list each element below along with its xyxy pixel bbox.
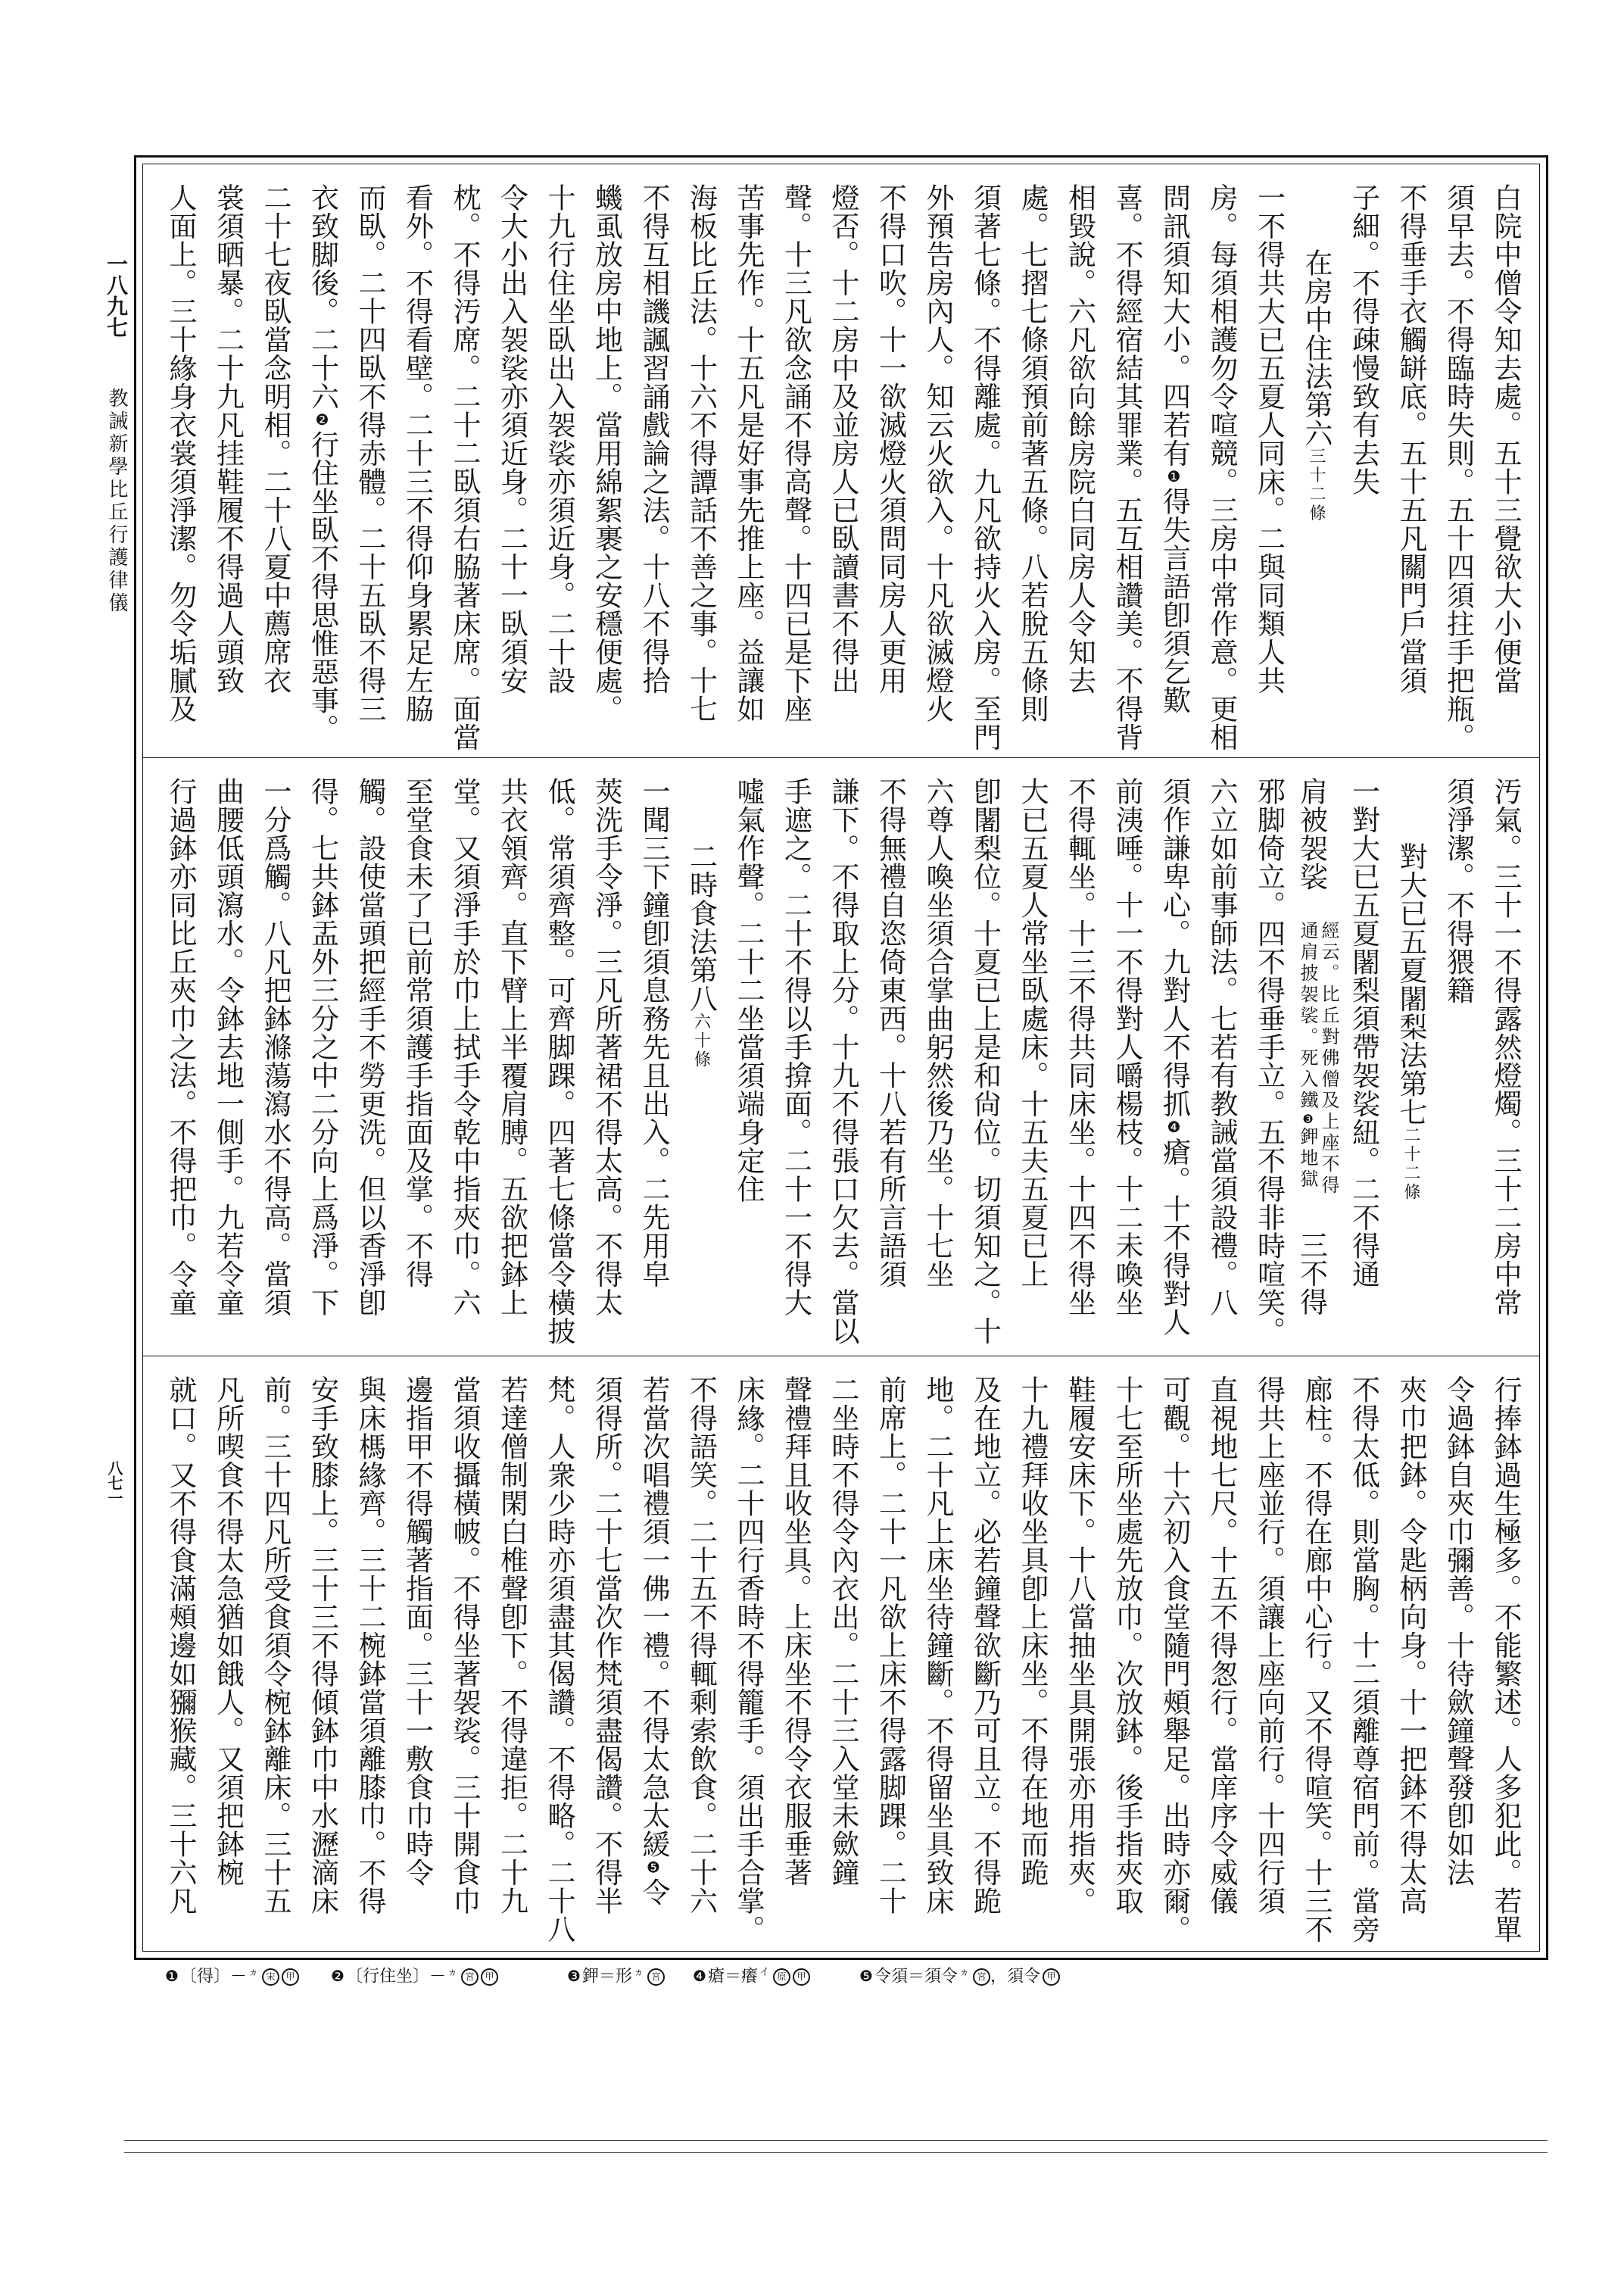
heading-title: 二時食法第八 xyxy=(685,842,718,1013)
text-column: 六尊人喚坐須合掌曲躬然後乃坐。十七坐 xyxy=(914,777,962,1345)
interlinear-note: 經云。比丘對佛僧及上座不得通肩披袈裟。死入鐵❸鉀地獄 xyxy=(1297,921,1339,1197)
register-divider xyxy=(142,757,1540,758)
text-column: 至堂食未了已前常須護手指面及掌。不得 xyxy=(393,777,441,1345)
text-column: 子細。不得疎慢致有去失 xyxy=(1339,183,1387,751)
text-column: 須得所。二十七當次作梵須盡偈讚。不得半 xyxy=(582,1375,630,1943)
footnote-item: ❺令須＝須令ヵ宮，須令甲 xyxy=(859,1961,1060,1988)
text-column: 外預告房內人。知云火欲入。十凡欲滅燈火 xyxy=(914,183,962,751)
running-title: 教誡新學比丘行護律儀 xyxy=(104,388,129,615)
scanned-page: 一八九七 教誡新學比丘行護律儀 八七一 白院中僧令知去處。五十三覺欲大小便當 須… xyxy=(0,0,1624,2272)
section-heading: 在房中住法第六三十二條 xyxy=(1292,183,1340,751)
leaf-number: 八七一 xyxy=(104,1460,125,1506)
heading-item-count: 三十二條 xyxy=(1307,448,1326,523)
text-column: 海板比丘法。十六不得譚話不善之事。十七 xyxy=(677,183,725,751)
text-column: 枕。不得汚席。二十二臥須右脇著床席。面當 xyxy=(441,183,488,751)
text-column: 前席上。二十一凡欲上床不得露脚踝。二十 xyxy=(866,1375,914,1943)
text-column: 燈否。十二房中及並房人已臥讀書不得出 xyxy=(819,183,867,751)
edition-siglum: 宋 xyxy=(262,1968,279,1986)
note-line-right: 經云。比丘對佛僧及上座不得 xyxy=(1318,921,1339,1197)
text-column: 夾巾把鉢。令匙柄向身。十一把鉢不得太高 xyxy=(1387,1375,1435,1943)
column-text: 問訊須知大小。四若有 xyxy=(1158,183,1191,467)
text-column: 莢洗手令淨。三凡所著裙不得太高。不得太 xyxy=(582,777,630,1345)
column-text: 得失言語卽須乞歎 xyxy=(1158,487,1191,714)
text-column: 不得語笑。二十五不得輒剩索飲食。二十六 xyxy=(677,1375,725,1943)
text-column: 手遮之。二十不得以手揜面。二十一不得大 xyxy=(771,777,819,1345)
text-column: 若當次唱禮須一佛一禮。不得太急太緩❺令 xyxy=(630,1375,678,1943)
section-heading: 對大已五夏闍梨法第七二十二條 xyxy=(1387,777,1435,1345)
footnote-item: ❷〔行住坐〕－ヵ宮甲 xyxy=(331,1961,498,1988)
text-column: 須早去。不得臨時失則。五十四須拄手把瓶。 xyxy=(1434,183,1482,751)
text-column: 行過鉢亦同比丘夾巾之法。不得把巾。令童 xyxy=(157,777,204,1345)
edition-siglum: 宮 xyxy=(461,1968,478,1986)
text-column: 白院中僧令知去處。五十三覺欲大小便當 xyxy=(1482,183,1529,751)
footnote-number: ❺ xyxy=(859,1967,873,1985)
register-middle: 汚氣。三十一不得露然燈燭。三十二房中常 須淨潔。不得猥籍 對大已五夏闍梨法第七二… xyxy=(156,777,1529,1345)
column-text: 三不得 xyxy=(1295,1231,1328,1316)
text-column: 就口。又不得食滿頰邊如獼猴藏。三十六凡 xyxy=(157,1375,204,1943)
text-column: 十七至所坐處先放巾。次放鉢。後手指夾取 xyxy=(1103,1375,1151,1943)
text-column: 邪脚倚立。四不得垂手立。五不得非時喧笑。 xyxy=(1245,777,1292,1345)
footnote-marker: ❺ xyxy=(644,1858,662,1878)
edition-siglum: 宮 xyxy=(647,1968,665,1986)
register-lower: 行捧鉢過生極多。不能繁述。人多犯此。若單 令過鉢自夾巾彌善。十待歛鐘聲發卽如法 … xyxy=(156,1375,1529,1943)
footnote-kana: ヵ xyxy=(634,1967,644,1978)
edition-siglum: 甲 xyxy=(1043,1968,1060,1986)
text-column: 與床榪緣齊。三十二椀鉢當須離膝巾。不得 xyxy=(346,1375,394,1943)
column-text: 衣致脚後。二十六 xyxy=(307,183,339,410)
register-upper: 白院中僧令知去處。五十三覺欲大小便當 須早去。不得臨時失則。五十四須拄手把瓶。 … xyxy=(156,183,1529,751)
column-text: 行住坐臥不得思惟惡事。 xyxy=(307,430,339,743)
text-column: 聲禮拜且收坐具。上床坐不得令衣服垂著 xyxy=(771,1375,819,1943)
text-column: 前。三十四凡所受食須令椀鉢離床。三十五 xyxy=(251,1375,299,1943)
footnote-kana: ヵ xyxy=(447,1967,457,1978)
text-column: 得。七共鉢盂外三分之中二分向上爲淨。下 xyxy=(298,777,346,1345)
heading-item-count: 二十二條 xyxy=(1401,1126,1420,1202)
text-column: 須淨潔。不得猥籍 xyxy=(1434,777,1482,1345)
footnote-marker: ❷ xyxy=(313,410,332,430)
text-column: 不得太低。則當胸。十二須離尊宿門前。當旁 xyxy=(1339,1375,1387,1943)
text-column: 十九禮拜收坐具卽上床坐。不得在地而跪 xyxy=(1008,1375,1056,1943)
text-column: 前洟唾。十一不得對人嚼楊枝。十二未喚坐 xyxy=(1103,777,1151,1345)
footnote-text: 〔行住坐〕－ xyxy=(346,1967,446,1986)
text-column: 大已五夏人常坐臥處床。十五夫五夏已上 xyxy=(1008,777,1056,1345)
text-column: 看外。不得看壁。二十三不得仰身累足左脇 xyxy=(393,183,441,751)
footnote-marker: ❹ xyxy=(1165,1118,1183,1138)
footnote-marker: ❸ xyxy=(1301,1112,1315,1127)
column-text: 瘡。十不得對人 xyxy=(1158,1138,1191,1337)
text-column: 裳須晒暴。二十九凡挂鞋履不得過人頭致 xyxy=(204,183,251,751)
text-column: 苦事先作。十五凡是好事先推上座。益讓如 xyxy=(725,183,772,751)
footnote-text: 鉀＝形 xyxy=(582,1967,632,1986)
footnote-marker: ❶ xyxy=(1165,467,1183,487)
text-column: 須作謙卑心。九對人不得抓❹瘡。十不得對人 xyxy=(1150,777,1198,1345)
edition-siglum: 甲 xyxy=(793,1968,810,1986)
text-column: 行捧鉢過生極多。不能繁述。人多犯此。若單 xyxy=(1482,1375,1529,1943)
text-column: 共衣領齊。直下臂上半覆肩膊。五欲把鉢上 xyxy=(488,777,535,1345)
text-column: 二十七夜臥當念明相。二十八夏中薦席衣 xyxy=(251,183,299,751)
text-column: 令過鉢自夾巾彌善。十待歛鐘聲發卽如法 xyxy=(1434,1375,1482,1943)
edition-siglum: 甲 xyxy=(282,1968,299,1986)
text-column: 直視地七尺。十五不得怱行。當庠序令威儀 xyxy=(1198,1375,1245,1943)
text-column: 及在地立。必若鐘聲欲斷乃可且立。不得跪 xyxy=(961,1375,1008,1943)
edition-siglum: 宮 xyxy=(973,1968,990,1986)
text-column: 聲。十三凡欲念誦不得高聲。十四已是下座 xyxy=(771,183,819,751)
footnote-kana: イ xyxy=(759,1967,769,1978)
column-text: 若當次唱禮須一佛一禮。不得太急太緩 xyxy=(637,1375,670,1858)
text-column: 凡所喫食不得太急猶如餓人。又須把鉢椀 xyxy=(204,1375,251,1943)
note-line-left: 通肩披袈裟。死入鐵❸鉀地獄 xyxy=(1297,921,1318,1197)
bottom-rule xyxy=(124,2152,1548,2153)
page-number: 一八九七 xyxy=(103,253,129,338)
text-column: 廊柱。不得在廊中心行。又不得喧笑。十三不 xyxy=(1292,1375,1340,1943)
heading-item-count: 六十條 xyxy=(692,1013,711,1069)
text-column: 喜。不得經宿結其罪業。五互相讚美。不得背 xyxy=(1103,183,1151,751)
footnote-text: 令須＝須令 xyxy=(874,1967,958,1986)
text-column: 令大小出入袈裟亦須近身。二十一臥須安 xyxy=(488,183,535,751)
column-text: 須作謙卑心。九對人不得抓 xyxy=(1158,777,1191,1118)
text-column: 不得互相譏諷習誦戲論之法。十八不得拾 xyxy=(630,183,678,751)
footnote-number: ❹ xyxy=(693,1967,706,1985)
text-column: 相毀說。六凡欲向餘房院白同房人令知去 xyxy=(1055,183,1103,751)
text-column: 卽闍梨位。十夏已上是和尙位。切須知之。十 xyxy=(961,777,1008,1345)
text-column: 衣致脚後。二十六❷行住坐臥不得思惟惡事。 xyxy=(298,183,346,751)
note-text: 鉀地獄 xyxy=(1297,1127,1318,1191)
text-column: 一聞三下鐘卽須息務先且出入。二先用皁 xyxy=(630,777,678,1345)
text-column: 曲腰低頭瀉水。令鉢去地一側手。九若令童 xyxy=(204,777,251,1345)
text-column: 不得口吹。十一欲滅燈火須問同房人更用 xyxy=(866,183,914,751)
text-column: 若達僧制閑白椎聲卽下。不得違拒。二十九 xyxy=(488,1375,535,1943)
heading-title: 對大已五夏闍梨法第七 xyxy=(1395,842,1427,1126)
footnote-item: ❹瘡＝癢イ原甲 xyxy=(693,1961,810,1988)
register-divider xyxy=(142,1356,1540,1356)
footnote-text: 瘡＝癢 xyxy=(708,1967,758,1986)
text-column: 六立如前事師法。七若有教誡當須設禮。八 xyxy=(1198,777,1245,1345)
text-column: 得共上座並行。須讓上座向前行。十四行須 xyxy=(1245,1375,1292,1943)
text-column: 謙下。不得取上分。十九不得張口欠去。當以 xyxy=(819,777,867,1345)
bottom-rule xyxy=(124,2140,1548,2141)
footnote-text: ，須令 xyxy=(990,1967,1040,1986)
text-column: 處。七摺七條須預前著五條。八若脫五條則 xyxy=(1008,183,1056,751)
text-column: 肩被袈裟經云。比丘對佛僧及上座不得通肩披袈裟。死入鐵❸鉀地獄三不得 xyxy=(1292,777,1340,1345)
text-column: 床緣。二十四行香時不得籠手。須出手合掌。 xyxy=(725,1375,772,1943)
edition-siglum: 甲 xyxy=(481,1968,498,1986)
footnote-number: ❸ xyxy=(567,1967,581,1985)
text-column: 不得無禮自恣倚東西。十八若有所言語須 xyxy=(866,777,914,1345)
text-column: 十九行住坐臥出入袈裟亦須近身。二十設 xyxy=(535,183,583,751)
text-column: 可觀。十六初入食堂隨門頰舉足。出時亦爾。 xyxy=(1150,1375,1198,1943)
footnote-kana: ヵ xyxy=(959,1967,969,1978)
text-column: 鞋履安床下。十八當抽坐具開張亦用指夾。 xyxy=(1055,1375,1103,1943)
text-column: 當須收攝橫帔。不得坐著袈裟。三十開食巾 xyxy=(441,1375,488,1943)
text-column: 不得垂手衣觸缾底。五十五凡關門戶當須 xyxy=(1387,183,1435,751)
column-text: 令 xyxy=(637,1878,670,1907)
footnote-number: ❶ xyxy=(165,1967,179,1985)
note-text: 通肩披袈裟。死入鐵 xyxy=(1297,921,1318,1112)
text-column: 低。常須齊整。可齊脚踝。四著七條當令橫披 xyxy=(535,777,583,1345)
text-column: 蟣虱放房中地上。當用綿絮裹之安穩便處。 xyxy=(582,183,630,751)
edition-siglum: 原 xyxy=(773,1968,790,1986)
text-column: 安手致膝上。三十三不得傾鉢巾中水瀝滴床 xyxy=(298,1375,346,1943)
text-column: 一不得共大已五夏人同床。二與同類人共 xyxy=(1245,183,1292,751)
footnote-item: ❶〔得〕－ヵ宋甲 xyxy=(165,1961,299,1988)
text-column: 梵。人衆少時亦須盡其偈讚。不得略。二十八 xyxy=(535,1375,583,1943)
footnote-text: 〔得〕－ xyxy=(180,1967,247,1986)
text-column: 一對大已五夏闍梨須帶袈裟紐。二不得通 xyxy=(1339,777,1387,1345)
text-column: 二坐時不得令內衣出。二十三入堂未歛鐘 xyxy=(819,1375,867,1943)
text-column: 地。二十凡上床坐待鐘斷。不得留坐具致床 xyxy=(914,1375,962,1943)
footnote-item: ❸鉀＝形ヵ宮 xyxy=(567,1961,665,1988)
text-column: 觸。設使當頭把經手不勞更洗。但以香淨卽 xyxy=(346,777,394,1345)
text-column: 一分爲觸。八凡把鉢滌蕩瀉水不得高。當須 xyxy=(251,777,299,1345)
text-column: 問訊須知大小。四若有❶得失言語卽須乞歎 xyxy=(1150,183,1198,751)
footnote-number: ❷ xyxy=(331,1967,344,1985)
text-column: 邊指甲不得觸著指面。三十一敷食巾時令 xyxy=(393,1375,441,1943)
text-column: 人面上。三十緣身衣裳須淨潔。勿令垢膩及 xyxy=(157,183,204,751)
footnote-kana: ヵ xyxy=(248,1967,258,1978)
text-column: 而臥。二十四臥不得赤體。二十五臥不得三 xyxy=(346,183,394,751)
column-text: 肩被袈裟 xyxy=(1295,777,1328,891)
heading-title: 在房中住法第六 xyxy=(1300,248,1333,448)
text-column: 不得輒坐。十三不得共同床坐。十四不得坐 xyxy=(1055,777,1103,1345)
text-column: 噓氣作聲。二十二坐當須端身定住 xyxy=(725,777,772,1345)
text-column: 房。每須相護勿令喧競。三房中常作意。更相 xyxy=(1198,183,1245,751)
text-column: 堂。又須淨手於巾上拭手令乾中指夾巾。六 xyxy=(441,777,488,1345)
text-column: 須著七條。不得離處。九凡欲持火入房。至門 xyxy=(961,183,1008,751)
text-column: 汚氣。三十一不得露然燈燭。三十二房中常 xyxy=(1482,777,1529,1345)
section-heading: 二時食法第八六十條 xyxy=(677,777,725,1345)
